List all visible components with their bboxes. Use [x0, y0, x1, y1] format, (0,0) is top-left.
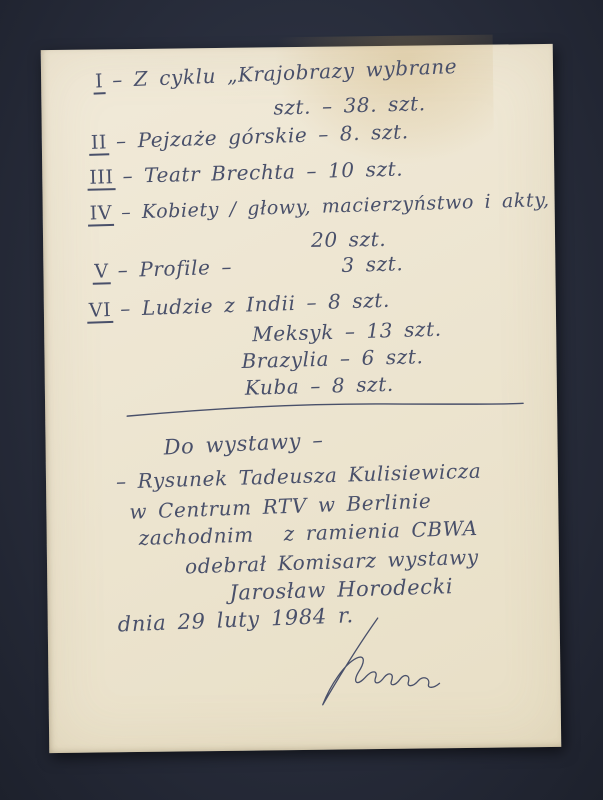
note-line-3a: zachodnim: [138, 523, 254, 550]
roman-numeral-5: V: [92, 262, 111, 285]
list-item-5-count: 3 szt.: [341, 253, 403, 275]
item-4-text: – Kobiety / głowy, macierzyństwo i akty,: [121, 189, 550, 224]
note-line-3: zachodnimz ramienia CBWA: [138, 518, 478, 548]
list-item-5: V– Profile –: [92, 257, 232, 285]
note-line-4: odebrał Komisarz wystawy: [185, 547, 479, 577]
note-line-3b: z ramienia CBWA: [283, 516, 478, 546]
handdrawn-divider-line: [125, 398, 525, 419]
roman-numeral-2: II: [89, 133, 110, 156]
list-item-4: IV– Kobiety / głowy, macierzyństwo i akt…: [87, 191, 550, 227]
roman-numeral-3: III: [87, 168, 116, 191]
list-item-1-subline: szt. – 38. szt.: [273, 93, 426, 118]
note-line-1: – Rysunek Tadeusza Kulisiewicza: [116, 461, 482, 492]
roman-numeral-6: VI: [87, 301, 114, 324]
list-item-4-subline: 20 szt.: [311, 229, 386, 250]
photo-background: I– Z cyklu „Krajobrazy wybrane szt. – 38…: [0, 0, 603, 800]
list-item-6-subline-3: Kuba – 8 szt.: [245, 374, 394, 398]
note-line-2: w Centrum RTV w Berlinie: [129, 491, 432, 522]
roman-numeral-4: IV: [87, 204, 114, 227]
document-paper: I– Z cyklu „Krajobrazy wybrane szt. – 38…: [41, 44, 562, 753]
list-item-3: III– Teatr Brechta – 10 szt.: [87, 159, 404, 191]
item-2-text: – Pejzaże górskie – 8. szt.: [116, 119, 409, 153]
list-item-1: I– Z cyklu „Krajobrazy wybrane: [93, 56, 458, 95]
item-6-text: – Ludzie z Indii – 8 szt.: [120, 288, 390, 321]
item-1-text: – Z cyklu „Krajobrazy wybrane: [112, 54, 458, 92]
signature-scrawl: [300, 611, 461, 713]
list-item-6-subline-2: Brazylia – 6 szt.: [241, 346, 423, 371]
roman-numeral-1: I: [93, 72, 106, 94]
note-line-5: Jarosław Horodecki: [229, 576, 453, 604]
list-item-6-subline-1: Meksyk – 13 szt.: [252, 319, 442, 345]
note-heading: Do wystawy –: [163, 430, 324, 459]
item-5-text: – Profile –: [117, 255, 232, 282]
list-item-2: II– Pejzaże górskie – 8. szt.: [89, 121, 410, 156]
item-3-text: – Teatr Brechta – 10 szt.: [122, 157, 403, 188]
